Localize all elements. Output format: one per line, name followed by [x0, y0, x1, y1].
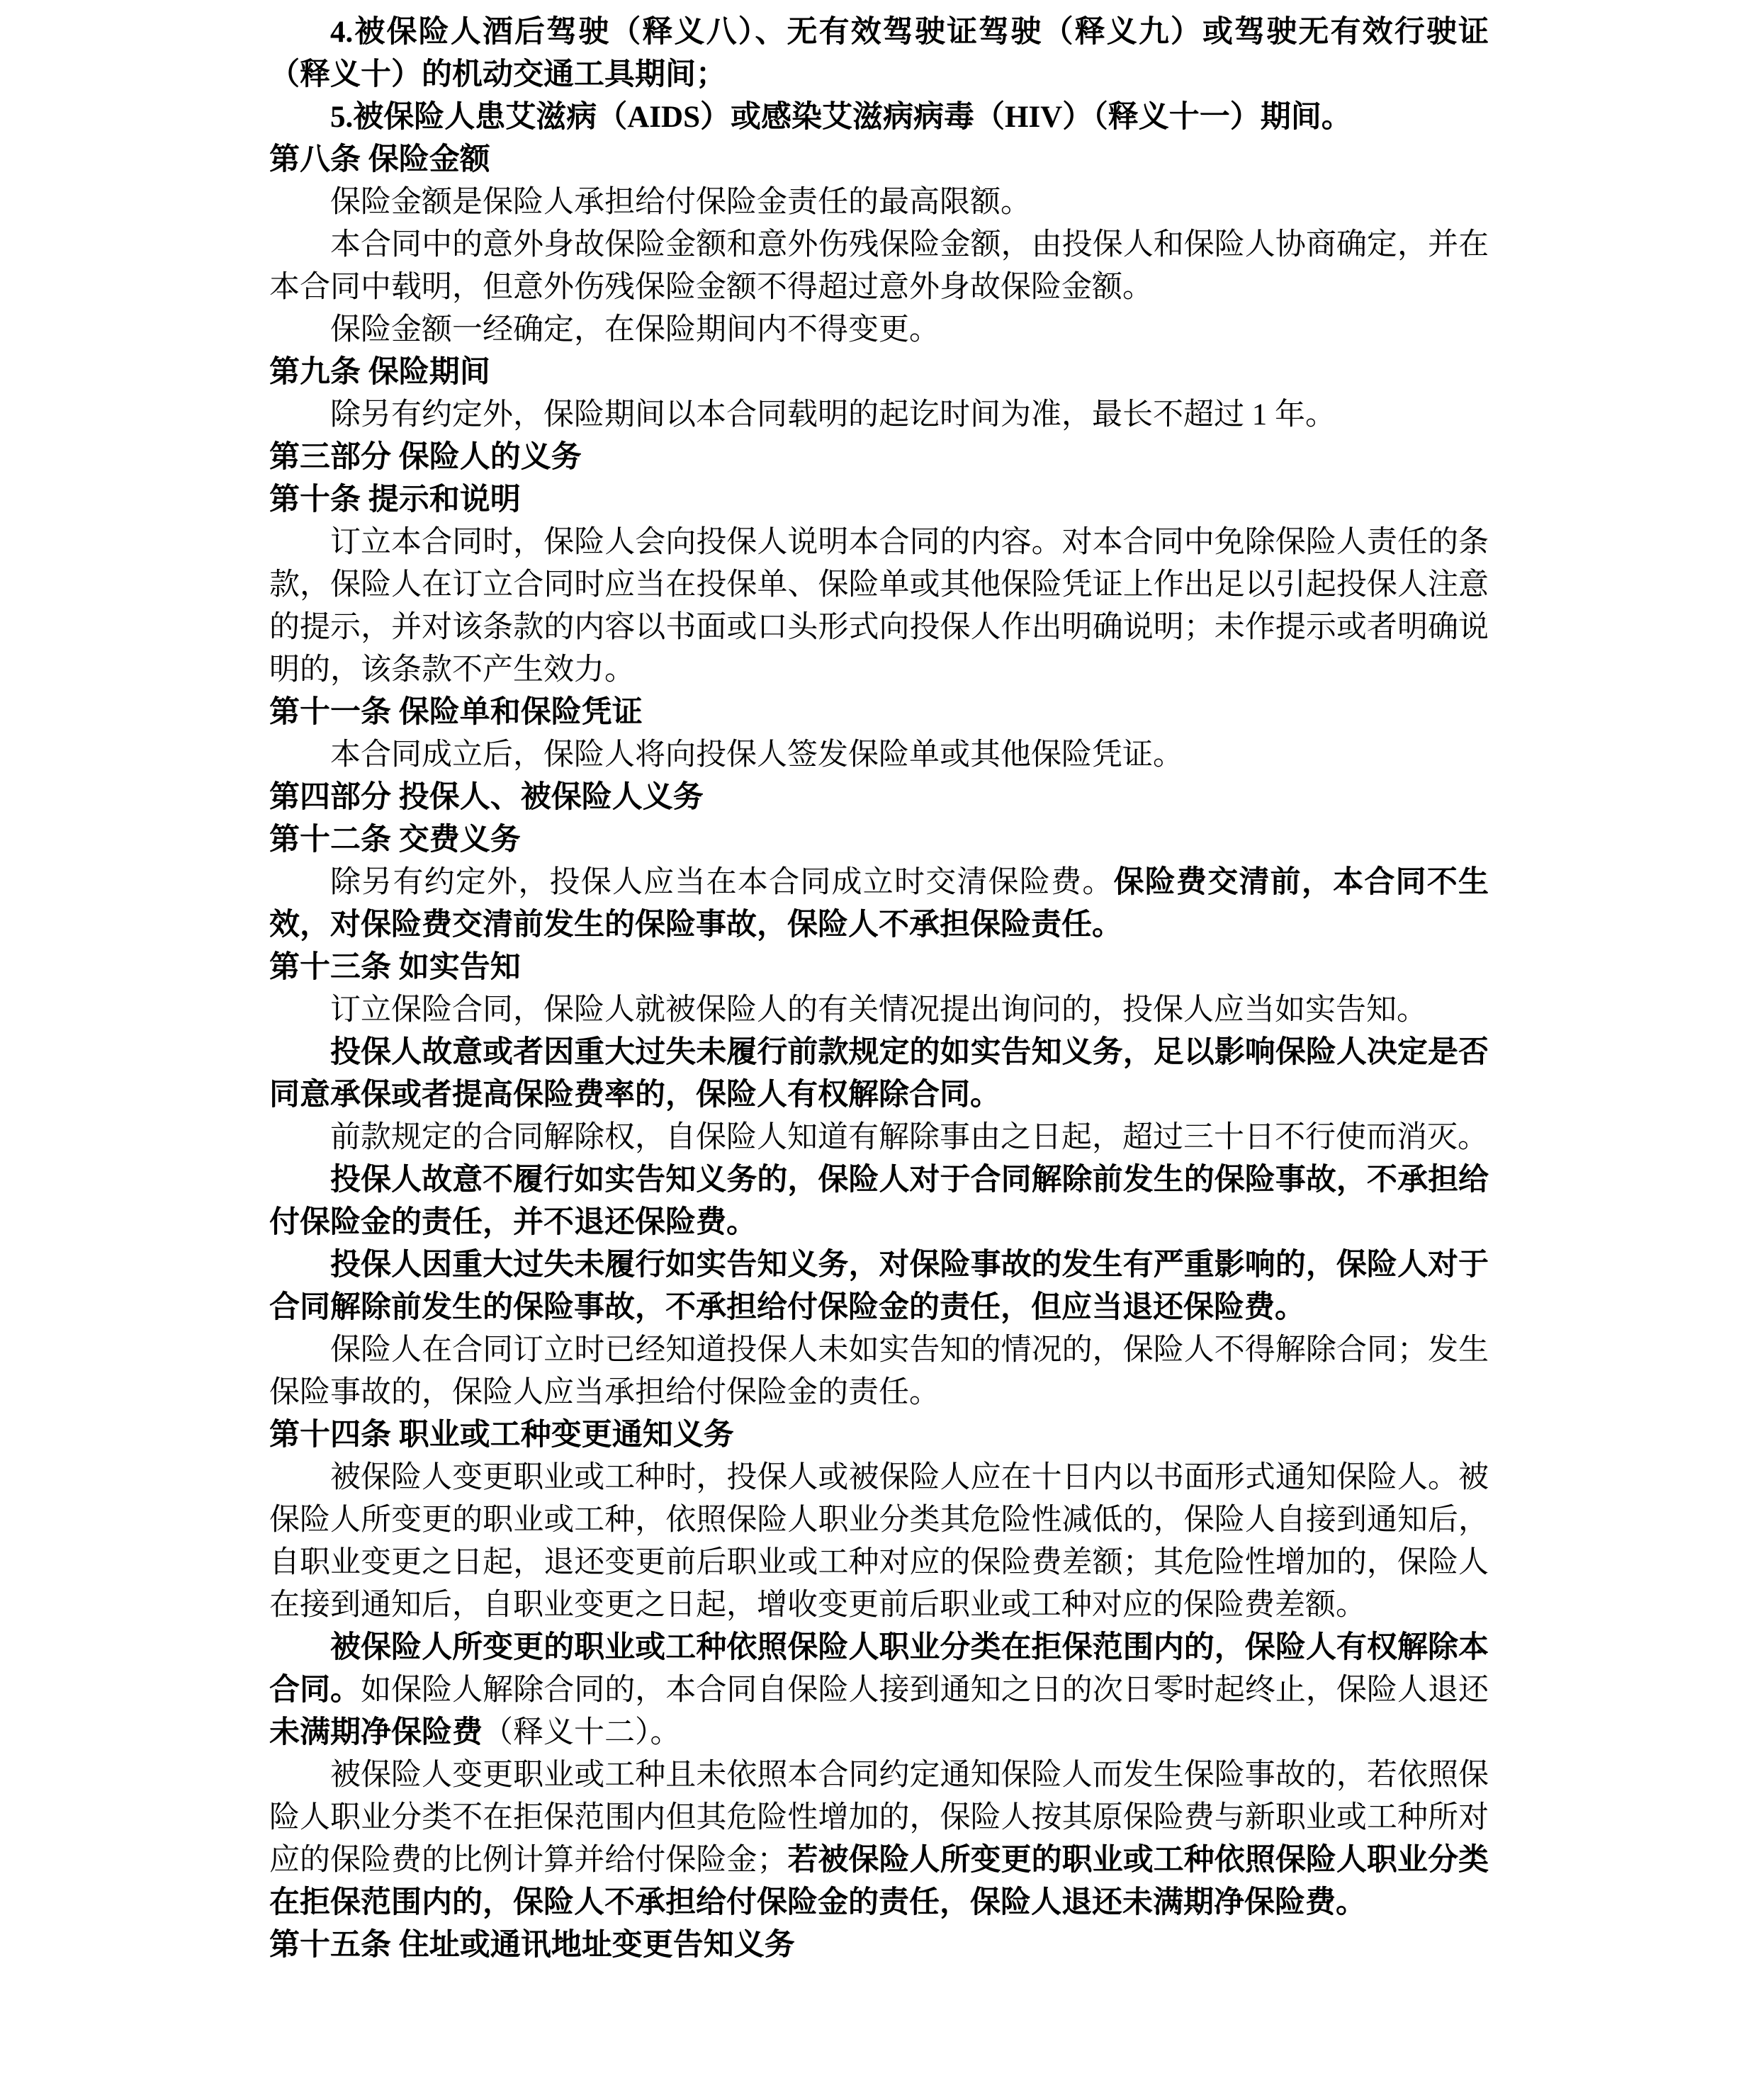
paragraph: 保险金额一经确定，在保险期间内不得变更。 [269, 309, 1489, 351]
bold-text-run: 第十条 提示和说明 [269, 483, 521, 516]
clause-heading: 第八条 保险金额 [269, 139, 1489, 181]
paragraph: 被保险人变更职业或工种时，投保人或被保险人应在十日内以书面形式通知保险人。被保险… [269, 1457, 1489, 1627]
paragraph: 投保人故意或者因重大过失未履行前款规定的如实告知义务，足以影响保险人决定是否同意… [269, 1032, 1489, 1117]
bold-text-run: 第十三条 如实告知 [269, 951, 521, 984]
bold-text-run: 5.被保险人患艾滋病（AIDS）或感染艾滋病病毒（HIV）（释义十一）期间。 [330, 101, 1352, 134]
text-run: 保险金额是保险人承担给付保险金责任的最高限额。 [330, 186, 1031, 219]
paragraph: 5.被保险人患艾滋病（AIDS）或感染艾滋病病毒（HIV）（释义十一）期间。 [269, 96, 1489, 139]
paragraph: 4.被保险人酒后驾驶（释义八）、无有效驾驶证驾驶（释义九）或驾驶无有效行驶证（释… [269, 11, 1489, 96]
paragraph: 除另有约定外，投保人应当在本合同成立时交清保险费。保险费交清前，本合同不生效，对… [269, 862, 1489, 947]
bold-text-run: 第九条 保险期间 [269, 356, 490, 389]
paragraph: 本合同成立后，保险人将向投保人签发保险单或其他保险凭证。 [269, 734, 1489, 777]
paragraph: 除另有约定外，保险期间以本合同载明的起讫时间为准，最长不超过 1 年。 [269, 394, 1489, 436]
document-page: 4.被保险人酒后驾驶（释义八）、无有效驾驶证驾驶（释义九）或驾驶无有效行驶证（释… [0, 0, 1758, 2100]
bold-text-run: 第三部分 保险人的义务 [269, 441, 582, 474]
text-run: 如保险人解除合同的，本合同自保险人接到通知之日的次日零时起终止，保险人退还 [361, 1673, 1489, 1707]
text-run: 本合同成立后，保险人将向投保人签发保险单或其他保险凭证。 [330, 738, 1183, 772]
clause-heading: 第十三条 如实告知 [269, 947, 1489, 989]
bold-text-run: 投保人故意不履行如实告知义务的，保险人对于合同解除前发生的保险事故，不承担给付保… [269, 1163, 1489, 1239]
bold-text-run: 4.被保险人酒后驾驶（释义八）、无有效驾驶证驾驶（释义九）或驾驶无有效行驶证（释… [269, 16, 1489, 91]
section-heading: 第四部分 投保人、被保险人义务 [269, 777, 1489, 819]
paragraph: 订立本合同时，保险人会向投保人说明本合同的内容。对本合同中免除保险人责任的条款，… [269, 521, 1489, 691]
paragraph: 本合同中的意外身故保险金额和意外伤残保险金额，由投保人和保险人协商确定，并在本合… [269, 224, 1489, 309]
paragraph: 被保险人所变更的职业或工种依照保险人职业分类在拒保范围内的，保险人有权解除本合同… [269, 1627, 1489, 1754]
text-run: 本合同中的意外身故保险金额和意外伤残保险金额，由投保人和保险人协商确定，并在本合… [269, 228, 1489, 304]
clause-heading: 第十条 提示和说明 [269, 479, 1489, 521]
clause-heading: 第十五条 住址或通讯地址变更告知义务 [269, 1924, 1489, 1967]
bold-text-run: 第十一条 保险单和保险凭证 [269, 696, 643, 729]
bold-text-run: 第十五条 住址或通讯地址变更告知义务 [269, 1929, 795, 1962]
clause-heading: 第九条 保险期间 [269, 351, 1489, 394]
paragraph: 保险金额是保险人承担给付保险金责任的最高限额。 [269, 181, 1489, 224]
text-run: 除另有约定外，投保人应当在本合同成立时交清保险费。 [330, 866, 1114, 899]
bold-text-run: 第十四条 职业或工种变更通知义务 [269, 1418, 734, 1452]
section-heading: 第三部分 保险人的义务 [269, 436, 1489, 479]
paragraph: 被保险人变更职业或工种且未依照本合同约定通知保险人而发生保险事故的，若依照保险人… [269, 1754, 1489, 1924]
paragraph: 投保人因重大过失未履行如实告知义务，对保险事故的发生有严重影响的，保险人对于合同… [269, 1244, 1489, 1329]
bold-text-run: 第八条 保险金额 [269, 143, 490, 176]
text-run: 订立保险合同，保险人就被保险人的有关情况提出询问的，投保人应当如实告知。 [330, 993, 1427, 1027]
text-run: 被保险人变更职业或工种时，投保人或被保险人应在十日内以书面形式通知保险人。被保险… [269, 1461, 1489, 1622]
text-run: （释义十二）。 [483, 1716, 681, 1749]
text-run: 除另有约定外，保险期间以本合同载明的起讫时间为准，最长不超过 1 年。 [330, 398, 1336, 431]
clause-heading: 第十一条 保险单和保险凭证 [269, 691, 1489, 734]
bold-text-run: 第十二条 交费义务 [269, 823, 521, 857]
bold-text-run: 投保人因重大过失未履行如实告知义务，对保险事故的发生有严重影响的，保险人对于合同… [269, 1248, 1489, 1324]
paragraph: 保险人在合同订立时已经知道投保人未如实告知的情况的，保险人不得解除合同；发生保险… [269, 1329, 1489, 1414]
bold-text-run: 未满期净保险费 [269, 1716, 483, 1749]
text-run: 保险人在合同订立时已经知道投保人未如实告知的情况的，保险人不得解除合同；发生保险… [269, 1333, 1489, 1409]
paragraph: 前款规定的合同解除权，自保险人知道有解除事由之日起，超过三十日不行使而消灭。 [269, 1117, 1489, 1159]
paragraph: 订立保险合同，保险人就被保险人的有关情况提出询问的，投保人应当如实告知。 [269, 989, 1489, 1032]
clause-heading: 第十二条 交费义务 [269, 819, 1489, 862]
clause-heading: 第十四条 职业或工种变更通知义务 [269, 1414, 1489, 1457]
bold-text-run: 投保人故意或者因重大过失未履行前款规定的如实告知义务，足以影响保险人决定是否同意… [269, 1036, 1489, 1112]
text-run: 保险金额一经确定，在保险期间内不得变更。 [330, 313, 940, 346]
bold-text-run: 第四部分 投保人、被保险人义务 [269, 781, 704, 814]
paragraph: 投保人故意不履行如实告知义务的，保险人对于合同解除前发生的保险事故，不承担给付保… [269, 1159, 1489, 1244]
text-run: 订立本合同时，保险人会向投保人说明本合同的内容。对本合同中免除保险人责任的条款，… [269, 526, 1489, 687]
text-run: 前款规定的合同解除权，自保险人知道有解除事由之日起，超过三十日不行使而消灭。 [330, 1121, 1488, 1154]
